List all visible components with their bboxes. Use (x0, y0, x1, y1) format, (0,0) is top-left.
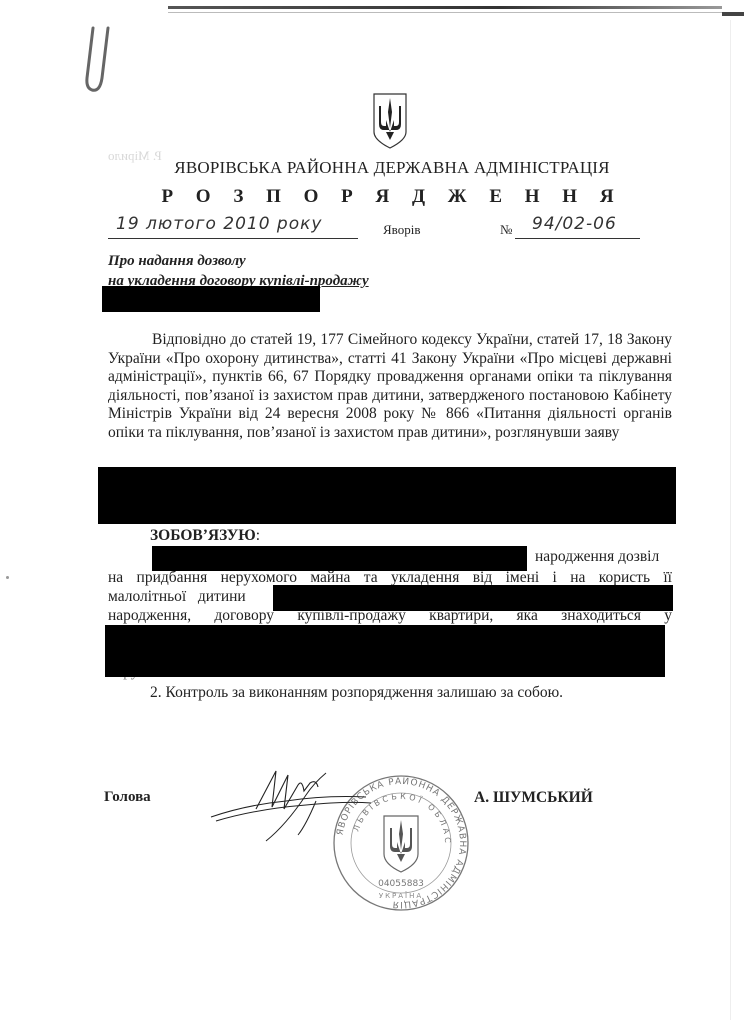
item1-tail: народження дозвіл (535, 548, 659, 566)
redaction-box (105, 625, 665, 677)
paperclip-icon (84, 26, 112, 96)
subject-line-1: Про надання дозволу (108, 253, 246, 270)
redaction-box (102, 286, 320, 312)
handwritten-signature (206, 765, 376, 845)
redaction-box (152, 546, 527, 571)
scan-edge-corner (722, 12, 744, 16)
date-underline (108, 238, 358, 239)
obligate-colon: : (256, 527, 260, 544)
svg-text:УКРАЇНА: УКРАЇНА (379, 891, 423, 900)
scan-edge-line (168, 12, 722, 13)
number-label: № (500, 222, 512, 238)
scan-edge-top (168, 6, 722, 9)
obligate-heading: ЗОБОВ’ЯЗУЮ: (150, 527, 260, 545)
redaction-box (273, 585, 673, 611)
preamble-paragraph: Відповідно до статей 19, 177 Сімейного к… (108, 331, 672, 442)
number-underline (515, 238, 640, 239)
signatory-name: А. ШУМСЬКИЙ (474, 789, 593, 807)
document-title: Р О З П О Р Я Д Ж Е Н Н Я (0, 186, 744, 208)
document-city: Яворів (383, 222, 420, 238)
item1-line-3: малолітньої дитини (108, 588, 246, 606)
organization-name: ЯВОРІВСЬКА РАЙОННА ДЕРЖАВНА АДМІНІСТРАЦІ… (0, 158, 744, 178)
signatory-title: Голова (104, 789, 151, 806)
redaction-box (98, 467, 676, 524)
obligate-label: ЗОБОВ’ЯЗУЮ (150, 527, 256, 544)
coat-of-arms-icon (372, 92, 408, 150)
item2-paragraph: 2. Контроль за виконанням розпорядження … (150, 684, 563, 702)
scan-speck (6, 576, 9, 579)
document-number: 94/02-06 (532, 214, 617, 234)
svg-text:04055883: 04055883 (378, 879, 424, 889)
document-date: 19 лютого 2010 року (116, 214, 322, 234)
